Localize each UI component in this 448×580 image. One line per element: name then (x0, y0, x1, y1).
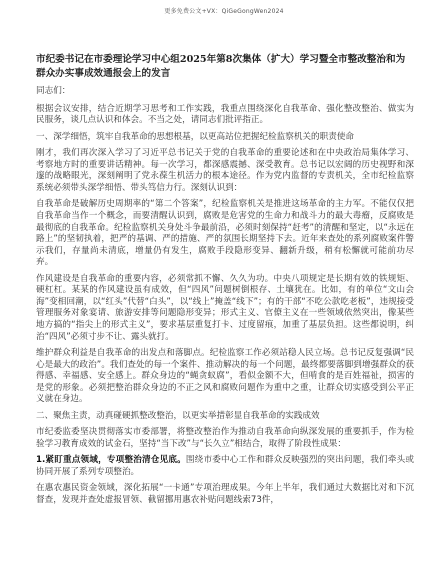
section-2-paragraph-2: 在惠农惠民资金领域，深化拓展“一卡通”专项治理成果。今年上半年，我们通过大数据比… (36, 483, 414, 506)
section-1-heading: 一、深学细悟，筑牢自我革命的思想根基，以更高站位把握纪检监察机关的职责使命 (36, 132, 414, 144)
section-2-paragraph-1: 市纪委监委坚决贯彻落实市委部署，将整改整治作为推动自我革命向纵深发展的重要抓手，… (36, 427, 414, 450)
document-title: 市纪委书记在市委理论学习中心组2025年第8次集体（扩大）学习暨全市整改整治和为… (36, 53, 414, 80)
section-1-paragraph-3: 作风建设是自我革命的重要内容，必须常抓不懈、久久为功。中央八项规定是长期有效的铁… (36, 274, 414, 344)
section-1-paragraph-2: 自我革命是破解历史周期率的“第二个答案”，纪检监察机关是推进这场革命的主力军。不… (36, 199, 414, 269)
greeting: 同志们： (36, 86, 414, 98)
section-2-heading: 二、聚焦主责，动真碰硬抓整改整治，以更实举措彰显自我革命的实践成效 (36, 411, 414, 423)
section-1-paragraph-1: 刚才，我们再次深入学习了习近平总书记关于党的自我革命的重要论述和在中央政治局集体… (36, 148, 414, 194)
intro-paragraph: 根据会议安排，结合近期学习思考和工作实践，我重点围绕深化自我革命、强化整改整治、… (36, 104, 414, 127)
section-1-paragraph-4: 维护群众利益是自我革命的出发点和落脚点。纪检监察工作必须站稳人民立场。总书记反复… (36, 348, 414, 406)
watermark-text: 更多免费公文+VX：QiGeGongWen2024 (0, 6, 448, 15)
document-page: 市纪委书记在市委理论学习中心组2025年第8次集体（扩大）学习暨全市整改整治和为… (36, 53, 414, 511)
section-2-item-1: 1.紧盯重点领域，专项整治清仓见底。围绕市委中心工作和群众反映强烈的突出问题，我… (36, 455, 414, 478)
section-2-item-1-lead: 1.紧盯重点领域，专项整治清仓见底。 (36, 455, 186, 465)
